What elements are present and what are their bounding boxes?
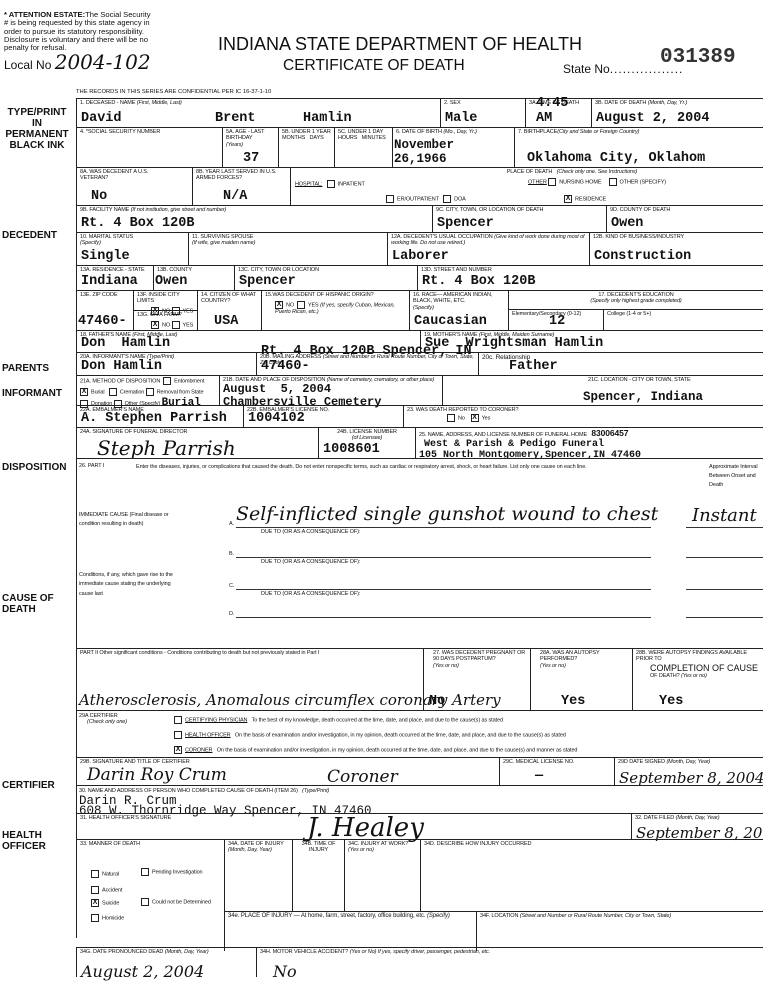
field-coroner-reported: 23. WAS DEATH REPORTED TO CORONER? No XY… [403, 406, 763, 427]
state-no-label: State No [563, 62, 610, 76]
field-certifier-signature: 29b. SIGNATURE AND TITLE OF CERTIFIER Da… [76, 758, 499, 785]
farm-no-checkbox[interactable]: X [151, 321, 159, 329]
field-age: 5a. AGE - Last Birthday(Years) 37 [222, 128, 278, 167]
field-health-officer-signature: 31. HEALTH OFFICER'S SIGNATURE J. Healey [76, 814, 631, 839]
field-occupation: 12a. DECEDENT'S USUAL OCCUPATION (Give k… [387, 233, 589, 265]
row-veteran: 8a. WAS DECEDENT A U.S. VETERAN? No 8b. … [76, 167, 763, 205]
row-injury: 33. MANNER OF DEATH Natural Pending Inve… [76, 839, 763, 911]
field-autopsy: 28a. WAS AN AUTOPSY PERFORMED?(Yes or no… [530, 649, 632, 710]
doa-checkbox[interactable] [443, 195, 451, 203]
year-served-value: N/A [223, 189, 247, 204]
industry-value: Construction [594, 249, 691, 264]
local-number: Local No 2004-102 [4, 50, 151, 74]
field-year-served: 8b. YEAR LAST SERVED IN U.S. ARMED FORCE… [192, 168, 290, 205]
row-facility: 9b. FACILITY NAME (If not institution, g… [76, 205, 763, 232]
field-autopsy-findings: 28b. WERE AUTOPSY FINDINGS AVAILABLE PRI… [632, 649, 763, 710]
last-name: Hamlin [303, 111, 352, 126]
row-ssn: 4. *SOCIAL SECURITY NUMBER 5a. AGE - Las… [76, 127, 763, 167]
residence-state-value: Indiana [81, 274, 138, 289]
pending-checkbox[interactable] [141, 868, 149, 876]
pregnant-value: No [429, 694, 445, 709]
autopsy-value: Yes [561, 694, 585, 709]
informant-name-value: Don Hamlin [81, 359, 162, 374]
informant-section-label: INFORMANT [2, 388, 62, 399]
department-title: INDIANA STATE DEPARTMENT OF HEALTH [218, 34, 582, 55]
row-residence: 13a. RESIDENCE - STATE Indiana 13b. COUN… [76, 265, 763, 290]
health-officer-section-label: HEALTH OFFICER [2, 830, 54, 852]
nursing-home-checkbox[interactable] [548, 178, 556, 186]
time-of-death-value: 4:45 AM [536, 96, 591, 126]
funeral-home-license-value: 83006457 [591, 428, 628, 438]
farm-yes-checkbox[interactable] [172, 321, 180, 329]
row-health-officer: 31. HEALTH OFFICER'S SIGNATURE J. Healey… [76, 813, 763, 839]
residence-street-value: Rt. 4 Box 120B [422, 274, 535, 289]
inpatient-checkbox[interactable] [327, 180, 335, 188]
field-veteran: 8a. WAS DECEDENT A U.S. VETERAN? No [76, 168, 192, 205]
autopsy-findings-value: Yes [659, 694, 683, 709]
age-value: 37 [243, 151, 259, 166]
row-certifier: 29a CERTIFIER(Check only one) CERTIFYING… [76, 710, 763, 757]
relationship-value: Father [509, 359, 558, 374]
birthplace-value: Oklahoma City, Oklahom [527, 151, 705, 166]
field-place-of-death: PLACE OF DEATH (Check only one. See Inst… [290, 168, 763, 205]
other-place-checkbox[interactable] [609, 178, 617, 186]
field-disposition-date-place: 21b. DATE AND PLACE OF DISPOSITION (Name… [219, 376, 442, 405]
field-relationship: 20c. Relationship Father [478, 353, 763, 375]
facility-value: Rt. 4 Box 120B [81, 216, 194, 231]
field-residence-street: 13d. STREET AND NUMBER Rt. 4 Box 120B [417, 266, 763, 290]
coroner-no-checkbox[interactable] [447, 414, 455, 422]
field-residence-county: 13b. COUNTY Owen [153, 266, 234, 290]
medical-license-value: — [535, 769, 543, 784]
field-date-signed: 29d DATE SIGNED (Month, Day, Year) Septe… [614, 758, 763, 785]
row-completer: 30. NAME AND ADDRESS OF PERSON WHO COMPL… [76, 785, 763, 813]
embalmer-license-value: 1004102 [248, 411, 305, 426]
attention-notice: * ATTENTION ESTATE:The Social Security #… [4, 11, 154, 53]
field-under-1-year: 5b. UNDER 1 YEAR Months Days [278, 128, 334, 167]
field-ssn: 4. *SOCIAL SECURITY NUMBER [76, 128, 222, 167]
local-no-label: Local No [4, 58, 51, 72]
dob-value: November 26,1966 [394, 138, 514, 166]
entombment-checkbox[interactable] [163, 377, 171, 385]
field-part2: PART II Other significant conditions - C… [76, 649, 423, 710]
occupation-value: Laborer [392, 249, 449, 264]
coroner-checkbox[interactable]: X [174, 746, 182, 754]
disposition-location-value: Spencer, Indiana [583, 390, 703, 404]
education-value: 12 [549, 314, 565, 329]
cause-section-label: CAUSE OF DEATH [2, 593, 54, 615]
health-officer-checkbox[interactable] [174, 731, 182, 739]
certifier-signature-value: Darin Roy Crum [87, 765, 227, 785]
certifying-physician-checkbox[interactable] [174, 716, 182, 724]
coroner-yes-checkbox[interactable]: X [471, 414, 479, 422]
field-disposition-method: 21a. METHOD OF DISPOSITION Entombment XB… [76, 376, 219, 405]
field-motor-vehicle: 34h. MOTOR VEHICLE ACCIDENT? (Yes or No)… [256, 948, 763, 977]
homicide-checkbox[interactable] [91, 914, 99, 922]
part1-instructions: Enter the diseases, injuries, or complic… [136, 463, 696, 473]
cause-line-a-value: Self-inflicted single gunshot wound to c… [236, 503, 658, 525]
middle-name: Brent [215, 111, 256, 126]
field-pregnant: 27. WAS DECEDENT PREGNANT OR 90 DAYS POS… [423, 649, 530, 710]
field-residence-city: 13c. CITY, TOWN OR LOCATION Spencer [234, 266, 417, 290]
row-place-of-injury: 34e. PLACE OF INJURY — At home, farm, st… [224, 911, 763, 951]
field-city-of-death: 9c. CITY, TOWN, OR LOCATION OF DEATH Spe… [432, 206, 606, 232]
sex-value: Male [445, 111, 477, 126]
field-director-license: 24b. LICENSE NUMBER(of Licensee) 1008601 [318, 428, 415, 458]
field-race: 16. RACE— American Indian, Black, White,… [409, 291, 508, 330]
field-medical-license: 29c. MEDICAL LICENSE NO. — [499, 758, 614, 785]
row-cause-part2: PART II Other significant conditions - C… [76, 648, 763, 710]
zip-value: 47460- [78, 314, 127, 329]
field-under-1-day: 5c. UNDER 1 DAY Hours Minutes [334, 128, 392, 167]
undetermined-checkbox[interactable] [141, 898, 149, 906]
director-license-value: 1008601 [323, 442, 380, 457]
field-sex: 2. SEX Male [440, 99, 525, 127]
field-disposition-location: 21c. LOCATION - City or Town, State Spen… [442, 376, 763, 405]
certifier-section-label: CERTIFIER [2, 780, 55, 791]
citizen-value: USA [214, 314, 238, 329]
field-director-signature: 24a. SIGNATURE OF FUNERAL DIRECTOR Steph… [76, 428, 243, 458]
field-deceased-name: 1. DECEASED - NAME (First, Middle, Last)… [76, 99, 440, 127]
residence-checkbox[interactable]: X [564, 195, 572, 203]
field-place-of-injury: 34e. PLACE OF INJURY — At home, farm, st… [224, 912, 476, 951]
certificate-title: CERTIFICATE OF DEATH [283, 57, 465, 75]
embalmer-value: A. Stephen Parrish [81, 411, 227, 426]
county-of-death-value: Owen [611, 216, 643, 231]
field-date-of-death: 3b. DATE OF DEATH (Month, Day, Yr.) Augu… [591, 99, 763, 127]
field-zip: 13e. ZIP CODE 47460- [76, 291, 133, 330]
field-residence-state: 13a. RESIDENCE - STATE Indiana [76, 266, 153, 290]
field-informant-address: 20b. MAILING ADDRESS (Street and Number … [256, 353, 478, 375]
hispanic-yes-checkbox[interactable] [297, 301, 305, 309]
field-facility: 9b. FACILITY NAME (If not institution, g… [76, 206, 432, 232]
funeral-home-name-value: West & Parish & Pedigo Funeral [419, 439, 760, 450]
row-informant: 20a. INFORMANT'S NAME (Type/Print) Don H… [76, 352, 763, 375]
field-citizen: 14. CITIZEN OF WHAT COUNTRY? USA [197, 291, 261, 330]
first-name: David [81, 111, 122, 126]
field-date-pronounced: 34g. DATE PRONOUNCED DEAD (Month, Day, Y… [76, 948, 256, 977]
field-date-of-birth: 6. DATE OF BIRTH (Mo., Day, Yr.) Novembe… [392, 128, 514, 167]
row-demographics: 13e. ZIP CODE 47460- 13f. INSIDE CITY LI… [76, 290, 763, 330]
certifier-title-value: Coroner [327, 767, 398, 787]
row-certifier-signature: 29b. SIGNATURE AND TITLE OF CERTIFIER Da… [76, 757, 763, 785]
race-value: Caucasian [414, 314, 487, 329]
row-pronounced: 34g. DATE PRONOUNCED DEAD (Month, Day, Y… [76, 947, 763, 977]
field-education: 17. DECEDENT'S EDUCATION(Specify only hi… [508, 291, 763, 330]
removal-checkbox[interactable] [146, 388, 154, 396]
marital-value: Single [81, 249, 130, 264]
row-funeral-director: 24a. SIGNATURE OF FUNERAL DIRECTOR Steph… [76, 427, 763, 458]
field-date-of-injury: 34a. DATE OF INJURY(Month, Day, Year) [224, 840, 292, 911]
er-outpatient-checkbox[interactable] [386, 195, 394, 203]
field-funeral-home: 25. NAME, ADDRESS, AND LICENSE NUMBER OF… [415, 428, 763, 458]
disposition-section-label: DISPOSITION [2, 462, 66, 473]
field-industry: 12b. KIND OF BUSINESS/INDUSTRY Construct… [589, 233, 763, 265]
informant-address-value: Rt. 4 Box 120B Spencer, IN 47460- [261, 344, 478, 374]
decedent-section-label: DECEDENT [2, 230, 57, 241]
field-surviving-spouse: 11. SURVIVING SPOUSE(If wife, give maide… [188, 233, 387, 265]
row-marital: 10. MARITAL STATUS(Specify) Single 11. S… [76, 232, 763, 265]
row-cause-part1: 26. PART I Enter the diseases, injuries,… [76, 458, 763, 648]
city-of-death-value: Spencer [437, 216, 494, 231]
field-manner-of-death: 33. MANNER OF DEATH Natural Pending Inve… [76, 840, 224, 911]
field-embalmer-license: 22b. EMBALMER'S LICENSE NO. 1004102 [243, 406, 403, 427]
hispanic-no-checkbox[interactable]: X [275, 301, 283, 309]
cause-line-a-interval: Instant [692, 505, 757, 526]
suicide-checkbox[interactable]: X [91, 899, 99, 907]
row-name: 1. DECEASED - NAME (First, Middle, Last)… [76, 98, 763, 127]
local-no-value: 2004-102 [55, 50, 151, 74]
veteran-value: No [91, 189, 107, 204]
residence-county-value: Owen [155, 274, 187, 289]
date-pronounced-value: August 2, 2004 [81, 962, 204, 981]
field-county-of-death: 9d. COUNTY OF DEATH Owen [606, 206, 763, 232]
field-time-of-injury: 34b. TIME OF INJURY [292, 840, 344, 911]
type-print-label: TYPE/PRINT IN PERMANENT BLACK INK [2, 107, 72, 151]
field-injury-location: 34f. LOCATION (Street and Number or Rura… [476, 912, 763, 951]
confidential-notice: THE RECORDS IN THIS SERIES ARE CONFIDENT… [76, 89, 271, 95]
row-embalmer: 22a. EMBALMER'S NAME A. Stephen Parrish … [76, 405, 763, 427]
field-time-of-death: 3a. TIME OF DEATH 4:45 AM [525, 99, 591, 127]
accident-checkbox[interactable] [91, 886, 99, 894]
parents-section-label: PARENTS [2, 363, 49, 374]
field-city-limits: 13f. INSIDE CITY LIMITS XNo Yes 13g. ON … [133, 291, 197, 330]
field-embalmer-name: 22a. EMBALMER'S NAME A. Stephen Parrish [76, 406, 243, 427]
state-no-value: 031389 [660, 46, 736, 69]
cremation-checkbox[interactable] [109, 388, 117, 396]
field-birthplace: 7. BIRTHPLACE(City and State or Foreign … [514, 128, 763, 167]
row-disposition: 21a. METHOD OF DISPOSITION Entombment XB… [76, 375, 763, 405]
field-injury-at-work: 34c. INJURY AT WORK?(Yes or no) [344, 840, 420, 911]
field-marital-status: 10. MARITAL STATUS(Specify) Single [76, 233, 188, 265]
field-informant-name: 20a. INFORMANT'S NAME (Type/Print) Don H… [76, 353, 256, 375]
natural-checkbox[interactable] [91, 870, 99, 878]
burial-checkbox[interactable]: X [80, 388, 88, 396]
field-how-injury-occurred: 34d. DESCRIBE HOW INJURY OCCURRED [420, 840, 763, 911]
director-signature-value: Steph Parrish [97, 436, 236, 460]
date-of-death-value: August 2, 2004 [596, 111, 709, 126]
residence-city-value: Spencer [239, 274, 296, 289]
father-value: Don Hamlin [81, 336, 170, 351]
field-date-filed: 32. DATE FILED (Month, Day, Year) Septem… [631, 814, 763, 839]
motor-vehicle-value: No [273, 962, 297, 981]
field-hispanic: 15.WAS DECEDENT OF HISPANIC ORIGIN? XNo … [261, 291, 409, 330]
